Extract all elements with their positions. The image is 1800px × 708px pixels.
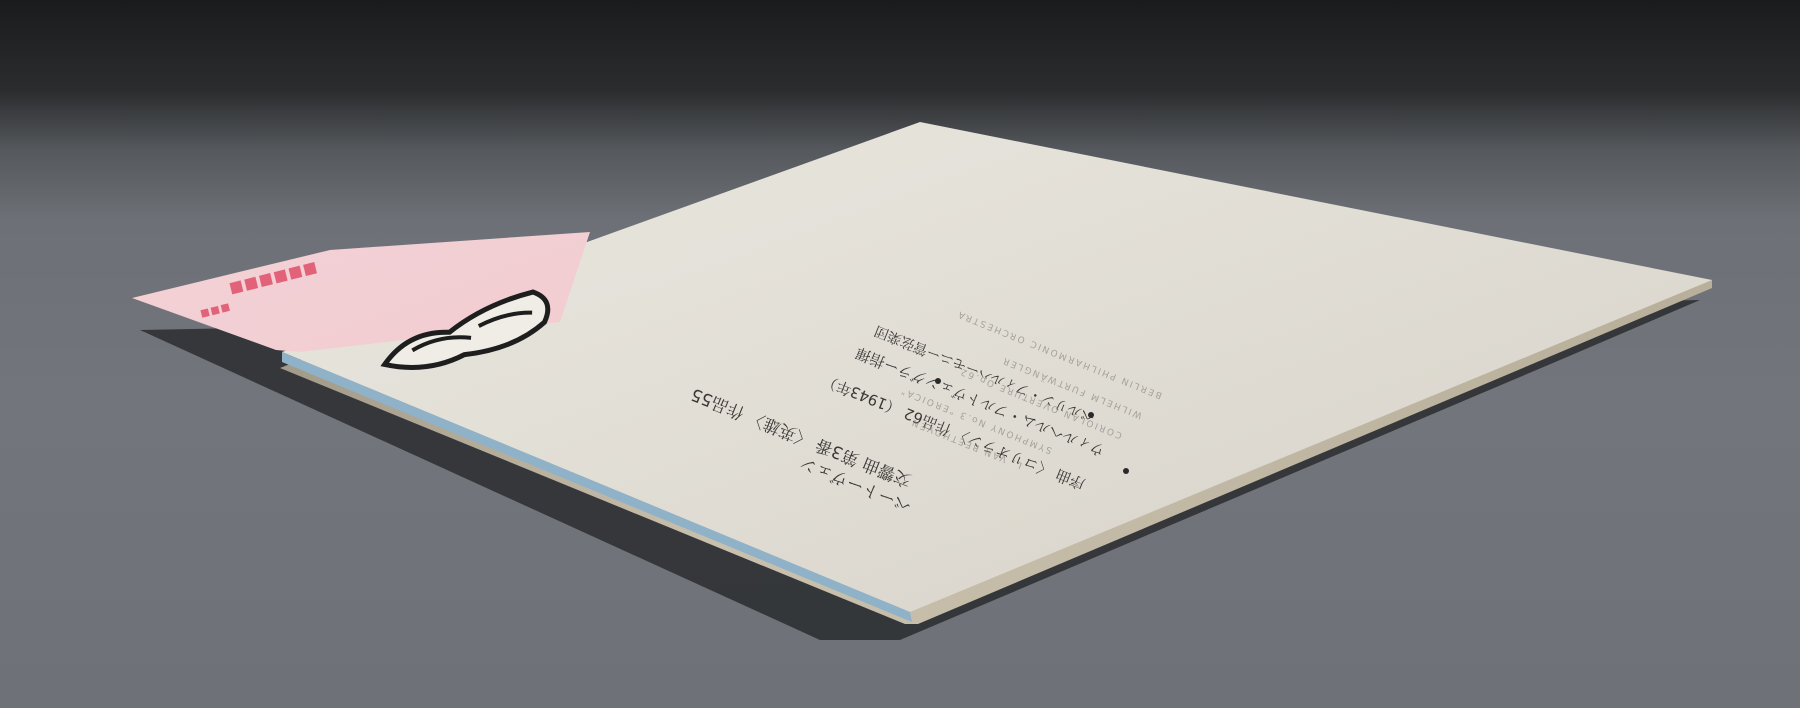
bullet-dot: [1088, 412, 1094, 418]
bullet-dot: [935, 378, 941, 384]
bullet-dot: [1123, 468, 1129, 474]
